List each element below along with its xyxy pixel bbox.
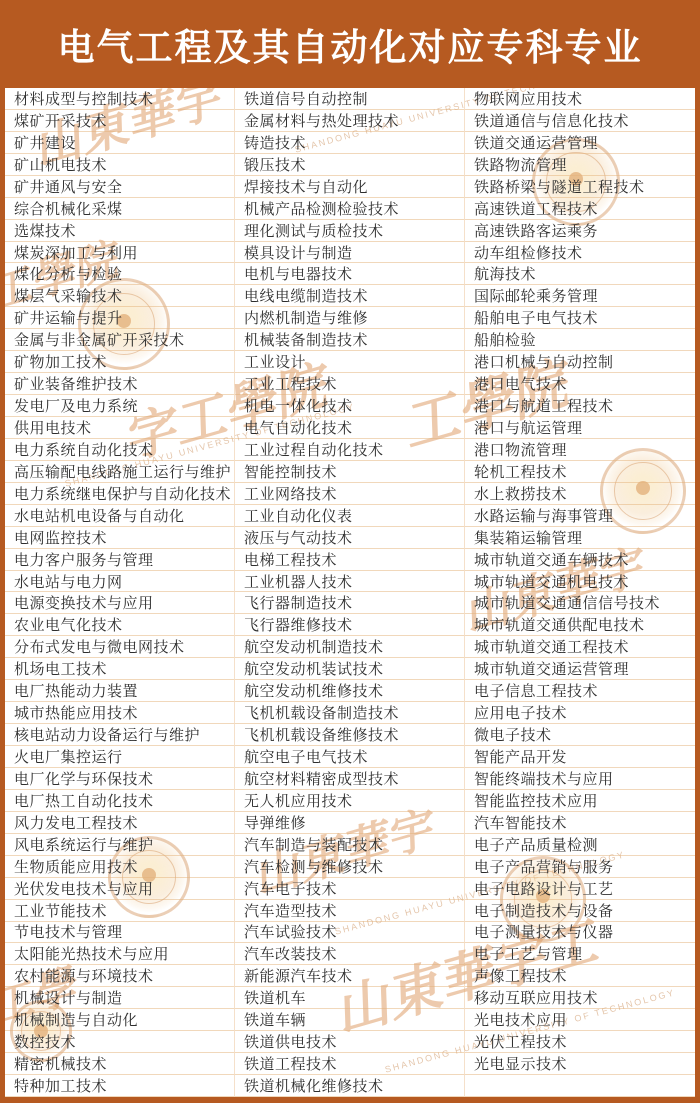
major-cell: 电子产品质量检测 bbox=[465, 834, 695, 856]
major-cell: 智能监控技术应用 bbox=[465, 790, 695, 812]
major-cell: 电厂热能动力装置 bbox=[5, 680, 235, 702]
major-cell: 工业工程技术 bbox=[235, 373, 465, 395]
major-cell: 煤化分析与检验 bbox=[5, 263, 235, 285]
major-cell: 新能源汽车技术 bbox=[235, 965, 465, 987]
major-cell: 机电一体化技术 bbox=[235, 395, 465, 417]
title-banner: 电气工程及其自动化对应专科专业 bbox=[0, 0, 700, 88]
major-cell: 电子信息工程技术 bbox=[465, 680, 695, 702]
major-cell: 集装箱运输管理 bbox=[465, 527, 695, 549]
major-cell: 水路运输与海事管理 bbox=[465, 505, 695, 527]
major-cell: 光伏工程技术 bbox=[465, 1031, 695, 1053]
major-cell: 工业节能技术 bbox=[5, 900, 235, 922]
major-cell: 高速铁路客运乘务 bbox=[465, 220, 695, 242]
major-cell: 锻压技术 bbox=[235, 154, 465, 176]
major-cell: 机场电工技术 bbox=[5, 658, 235, 680]
major-cell: 航空材料精密成型技术 bbox=[235, 768, 465, 790]
major-cell: 工业机器人技术 bbox=[235, 571, 465, 593]
major-cell: 机械产品检测检验技术 bbox=[235, 198, 465, 220]
major-cell: 分布式发电与微电网技术 bbox=[5, 636, 235, 658]
major-cell: 煤炭深加工与利用 bbox=[5, 242, 235, 264]
major-cell: 矿井建设 bbox=[5, 132, 235, 154]
major-cell: 动车组检修技术 bbox=[465, 242, 695, 264]
major-cell: 发电厂及电力系统 bbox=[5, 395, 235, 417]
major-cell: 移动互联应用技术 bbox=[465, 987, 695, 1009]
major-cell: 城市轨道交通车辆技术 bbox=[465, 549, 695, 571]
major-cell: 城市轨道交通工程技术 bbox=[465, 636, 695, 658]
major-cell: 机械装备制造技术 bbox=[235, 329, 465, 351]
major-cell: 电子测量技术与仪器 bbox=[465, 922, 695, 944]
major-cell: 矿物加工技术 bbox=[5, 351, 235, 373]
major-cell: 高压输配电线路施工运行与维护 bbox=[5, 461, 235, 483]
major-cell: 城市热能应用技术 bbox=[5, 702, 235, 724]
major-cell: 特种加工技术 bbox=[5, 1075, 235, 1097]
major-cell: 光电技术应用 bbox=[465, 1009, 695, 1031]
major-cell: 理化测试与质检技术 bbox=[235, 220, 465, 242]
major-cell: 电网监控技术 bbox=[5, 527, 235, 549]
major-cell: 导弹维修 bbox=[235, 812, 465, 834]
major-cell: 电线电缆制造技术 bbox=[235, 285, 465, 307]
major-cell: 工业网络技术 bbox=[235, 483, 465, 505]
major-cell: 煤矿开采技术 bbox=[5, 110, 235, 132]
major-cell: 无人机应用技术 bbox=[235, 790, 465, 812]
major-cell: 汽车电子技术 bbox=[235, 878, 465, 900]
major-cell: 水电站与电力网 bbox=[5, 571, 235, 593]
major-cell: 铁道机车 bbox=[235, 987, 465, 1009]
major-cell: 航空发动机维修技术 bbox=[235, 680, 465, 702]
major-cell: 煤层气采输技术 bbox=[5, 285, 235, 307]
major-cell: 节电技术与管理 bbox=[5, 922, 235, 944]
major-cell: 汽车改装技术 bbox=[235, 943, 465, 965]
major-cell: 铸造技术 bbox=[235, 132, 465, 154]
major-cell: 太阳能光热技术与应用 bbox=[5, 943, 235, 965]
major-cell: 矿井运输与提升 bbox=[5, 307, 235, 329]
major-cell: 应用电子技术 bbox=[465, 702, 695, 724]
major-cell: 综合机械化采煤 bbox=[5, 198, 235, 220]
major-cell: 航空发动机装试技术 bbox=[235, 658, 465, 680]
major-cell: 汽车智能技术 bbox=[465, 812, 695, 834]
major-cell: 汽车造型技术 bbox=[235, 900, 465, 922]
majors-table-frame: 材料成型与控制技术铁道信号自动控制物联网应用技术煤矿开采技术金属材料与热处理技术… bbox=[0, 88, 700, 1103]
major-cell: 电气自动化技术 bbox=[235, 417, 465, 439]
major-cell: 电力系统自动化技术 bbox=[5, 439, 235, 461]
major-cell: 飞机机载设备制造技术 bbox=[235, 702, 465, 724]
major-cell: 矿山机电技术 bbox=[5, 154, 235, 176]
major-cell: 风力发电工程技术 bbox=[5, 812, 235, 834]
majors-table: 材料成型与控制技术铁道信号自动控制物联网应用技术煤矿开采技术金属材料与热处理技术… bbox=[5, 88, 695, 1097]
major-cell: 铁道供电技术 bbox=[235, 1031, 465, 1053]
major-cell: 光伏发电技术与应用 bbox=[5, 878, 235, 900]
major-cell: 航空发动机制造技术 bbox=[235, 636, 465, 658]
major-cell: 电梯工程技术 bbox=[235, 549, 465, 571]
major-cell: 矿业装备维护技术 bbox=[5, 373, 235, 395]
major-cell bbox=[465, 1075, 695, 1097]
major-cell: 火电厂集控运行 bbox=[5, 746, 235, 768]
major-cell: 轮机工程技术 bbox=[465, 461, 695, 483]
major-cell: 机械设计与制造 bbox=[5, 987, 235, 1009]
major-cell: 数控技术 bbox=[5, 1031, 235, 1053]
major-cell: 农业电气化技术 bbox=[5, 614, 235, 636]
major-cell: 铁路物流管理 bbox=[465, 154, 695, 176]
major-cell: 国际邮轮乘务管理 bbox=[465, 285, 695, 307]
major-cell: 铁道信号自动控制 bbox=[235, 88, 465, 110]
major-cell: 城市轨道交通机电技术 bbox=[465, 571, 695, 593]
major-cell: 材料成型与控制技术 bbox=[5, 88, 235, 110]
major-cell: 铁道交通运营管理 bbox=[465, 132, 695, 154]
major-cell: 金属材料与热处理技术 bbox=[235, 110, 465, 132]
major-cell: 航海技术 bbox=[465, 263, 695, 285]
major-cell: 农村能源与环境技术 bbox=[5, 965, 235, 987]
major-cell: 电力系统继电保护与自动化技术 bbox=[5, 483, 235, 505]
major-cell: 港口电气技术 bbox=[465, 373, 695, 395]
major-cell: 汽车检测与维修技术 bbox=[235, 856, 465, 878]
major-cell: 汽车制造与装配技术 bbox=[235, 834, 465, 856]
major-cell: 光电显示技术 bbox=[465, 1053, 695, 1075]
major-cell: 风电系统运行与维护 bbox=[5, 834, 235, 856]
major-cell: 电厂热工自动化技术 bbox=[5, 790, 235, 812]
major-cell: 水上救捞技术 bbox=[465, 483, 695, 505]
major-cell: 电子制造技术与设备 bbox=[465, 900, 695, 922]
major-cell: 核电站动力设备运行与维护 bbox=[5, 724, 235, 746]
major-cell: 机械制造与自动化 bbox=[5, 1009, 235, 1031]
major-cell: 铁道车辆 bbox=[235, 1009, 465, 1031]
major-cell: 声像工程技术 bbox=[465, 965, 695, 987]
major-cell: 电厂化学与环保技术 bbox=[5, 768, 235, 790]
major-cell: 液压与气动技术 bbox=[235, 527, 465, 549]
major-cell: 船舶检验 bbox=[465, 329, 695, 351]
major-cell: 工业设计 bbox=[235, 351, 465, 373]
major-cell: 模具设计与制造 bbox=[235, 242, 465, 264]
major-cell: 工业自动化仪表 bbox=[235, 505, 465, 527]
major-cell: 工业过程自动化技术 bbox=[235, 439, 465, 461]
major-cell: 焊接技术与自动化 bbox=[235, 176, 465, 198]
page-title: 电气工程及其自动化对应专科专业 bbox=[58, 17, 643, 71]
major-cell: 城市轨道交通运营管理 bbox=[465, 658, 695, 680]
major-cell: 铁路桥梁与隧道工程技术 bbox=[465, 176, 695, 198]
major-cell: 精密机械技术 bbox=[5, 1053, 235, 1075]
major-cell: 铁道工程技术 bbox=[235, 1053, 465, 1075]
major-cell: 城市轨道交通供配电技术 bbox=[465, 614, 695, 636]
major-cell: 港口与航运管理 bbox=[465, 417, 695, 439]
major-cell: 飞机机载设备维修技术 bbox=[235, 724, 465, 746]
major-cell: 供用电技术 bbox=[5, 417, 235, 439]
major-cell: 城市轨道交通通信信号技术 bbox=[465, 592, 695, 614]
major-cell: 物联网应用技术 bbox=[465, 88, 695, 110]
major-cell: 飞行器制造技术 bbox=[235, 592, 465, 614]
major-cell: 船舶电子电气技术 bbox=[465, 307, 695, 329]
major-cell: 电子电路设计与工艺 bbox=[465, 878, 695, 900]
major-cell: 飞行器维修技术 bbox=[235, 614, 465, 636]
major-cell: 电机与电器技术 bbox=[235, 263, 465, 285]
major-cell: 微电子技术 bbox=[465, 724, 695, 746]
major-cell: 港口与航道工程技术 bbox=[465, 395, 695, 417]
major-cell: 金属与非金属矿开采技术 bbox=[5, 329, 235, 351]
major-cell: 电源变换技术与应用 bbox=[5, 592, 235, 614]
major-cell: 高速铁道工程技术 bbox=[465, 198, 695, 220]
major-cell: 矿井通风与安全 bbox=[5, 176, 235, 198]
major-cell: 电力客户服务与管理 bbox=[5, 549, 235, 571]
major-cell: 电子工艺与管理 bbox=[465, 943, 695, 965]
major-cell: 港口物流管理 bbox=[465, 439, 695, 461]
major-cell: 智能产品开发 bbox=[465, 746, 695, 768]
major-cell: 智能控制技术 bbox=[235, 461, 465, 483]
major-cell: 铁道通信与信息化技术 bbox=[465, 110, 695, 132]
major-cell: 电子产品营销与服务 bbox=[465, 856, 695, 878]
major-cell: 智能终端技术与应用 bbox=[465, 768, 695, 790]
major-cell: 港口机械与自动控制 bbox=[465, 351, 695, 373]
major-cell: 内燃机制造与维修 bbox=[235, 307, 465, 329]
major-cell: 生物质能应用技术 bbox=[5, 856, 235, 878]
poster-page: 山東華宇 SHANDONG HUAYU UNIVERSITY OF TECHNO… bbox=[0, 0, 700, 1103]
major-cell: 选煤技术 bbox=[5, 220, 235, 242]
major-cell: 航空电子电气技术 bbox=[235, 746, 465, 768]
major-cell: 水电站机电设备与自动化 bbox=[5, 505, 235, 527]
major-cell: 铁道机械化维修技术 bbox=[235, 1075, 465, 1097]
major-cell: 汽车试验技术 bbox=[235, 922, 465, 944]
